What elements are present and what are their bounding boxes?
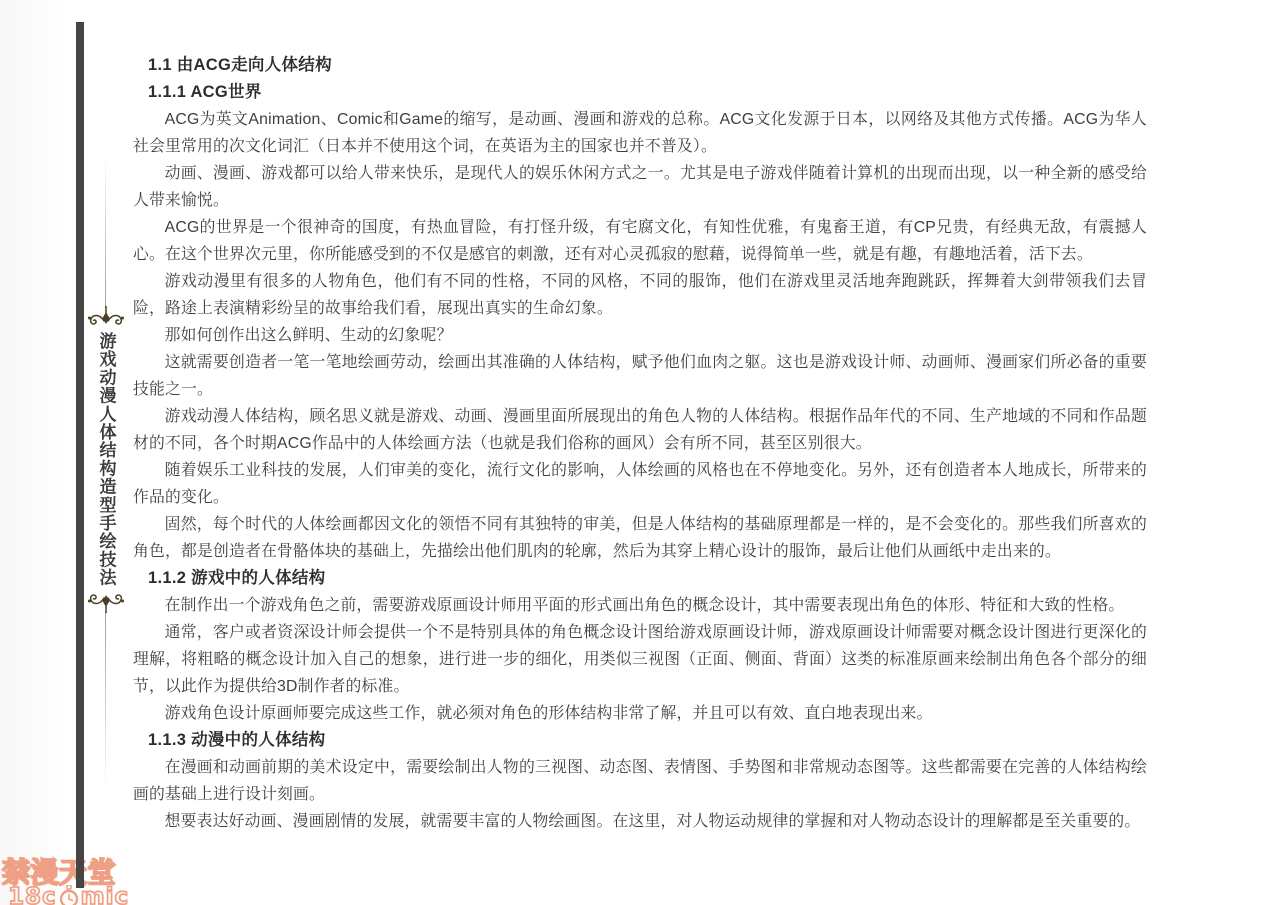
paragraph: 动画、漫画、游戏都可以给人带来快乐，是现代人的娱乐休闲方式之一。尤其是电子游戏伴… xyxy=(133,160,1147,214)
flourish-top-icon xyxy=(88,306,124,330)
paragraph: ACG的世界是一个很神奇的国度，有热血冒险，有打怪升级，有宅腐文化，有知性优雅，… xyxy=(133,214,1147,268)
watermark: 禁漫天堂 18c mic xyxy=(2,851,129,905)
book-page: 游戏动漫人体结构造型手绘技法 1.1 由ACG走向人体结构1.1.1 ACG世界… xyxy=(0,0,1280,905)
book-title-text: 游戏动漫人体结构造型手绘技法 xyxy=(96,332,116,587)
paragraph: 随着娱乐工业科技的发展，人们审美的变化，流行文化的影响，人体绘画的风格也在不停地… xyxy=(133,457,1147,511)
sidebar-rule-top xyxy=(105,152,106,308)
paragraph: 在漫画和动画前期的美术设定中，需要绘制出人物的三视图、动态图、表情图、手势图和非… xyxy=(133,754,1147,808)
paragraph: 游戏角色设计原画师要完成这些工作，就必须对角色的形体结构非常了解，并且可以有效、… xyxy=(133,700,1147,727)
paragraph: 那如何创作出这么鲜明、生动的幻象呢？ xyxy=(133,322,1147,349)
paragraph: 这就需要创造者一笔一笔地绘画劳动，绘画出其准确的人体结构，赋予他们血肉之躯。这也… xyxy=(133,349,1147,403)
page-spine-bar xyxy=(76,22,84,888)
watermark-site: 18c mic xyxy=(2,884,129,905)
section-heading: 1.1 由ACG走向人体结构 xyxy=(133,52,1147,79)
watermark-site-prefix: 18c xyxy=(8,884,57,905)
watermark-site-suffix: mic xyxy=(81,884,129,905)
paragraph: 想要表达好动画、漫画剧情的发展，就需要丰富的人物绘画图。在这里，对人物运动规律的… xyxy=(133,808,1147,835)
paragraph: 游戏动漫里有很多的人物角色，他们有不同的性格，不同的风格，不同的服饰，他们在游戏… xyxy=(133,268,1147,322)
flourish-bottom-icon xyxy=(88,589,124,613)
document-content: 1.1 由ACG走向人体结构1.1.1 ACG世界ACG为英文Animation… xyxy=(133,52,1147,835)
paragraph: 通常，客户或者资深设计师会提供一个不是特别具体的角色概念设计图给游戏原画设计师，… xyxy=(133,619,1147,700)
pocket-watch-icon xyxy=(58,885,80,905)
sidebar-rule-bottom xyxy=(105,612,106,792)
paragraph: 游戏动漫人体结构，顾名思义就是游戏、动画、漫画里面所展现出的角色人物的人体结构。… xyxy=(133,403,1147,457)
section-heading: 1.1.2 游戏中的人体结构 xyxy=(133,565,1147,592)
paragraph: 在制作出一个游戏角色之前，需要游戏原画设计师用平面的形式画出角色的概念设计，其中… xyxy=(133,592,1147,619)
section-heading: 1.1.3 动漫中的人体结构 xyxy=(133,727,1147,754)
section-heading: 1.1.1 ACG世界 xyxy=(133,79,1147,106)
paragraph: 固然，每个时代的人体绘画都因文化的领悟不同有其独特的审美，但是人体结构的基础原理… xyxy=(133,511,1147,565)
paragraph: ACG为英文Animation、Comic和Game的缩写，是动画、漫画和游戏的… xyxy=(133,106,1147,160)
book-title-vertical: 游戏动漫人体结构造型手绘技法 xyxy=(87,306,124,613)
